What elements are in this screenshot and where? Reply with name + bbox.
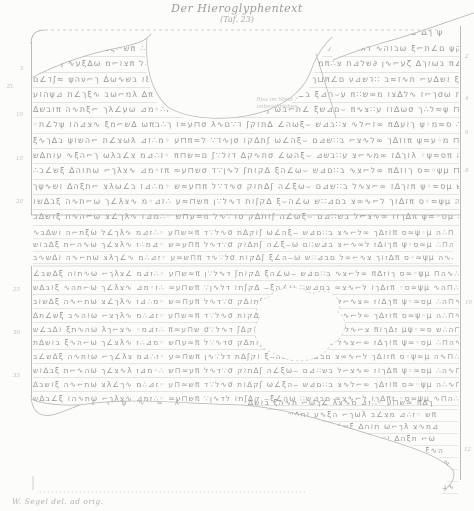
glyph-row: ∴ב∠שξ ∆ה≀תω ⌐ךλצ∿ ⊿מ◦זπ ≈ע⊓שσ ד∵ן∿ל ʃת≀ק…	[33, 164, 459, 179]
glyph-row: ש∆ת≀ע ∿ξה⌐ך ωλב∠צ מ⊿∴ז◦ π⊓ש≈ם ʃ∵ל≀ד ∆ק∿ת…	[33, 149, 459, 164]
margin-number-left: 5	[20, 66, 24, 72]
glyph-row: ש∆ב≀ξ ∿הת⌐ω ך∠λצ∿ ⊿מ◦ז∴ ≈ע⊓שπ ∵ן∿לד ≀תʃק…	[33, 281, 459, 295]
plate-title: Der Hieroglyphentext (Taf. 23)	[0, 2, 474, 24]
glyph-row: ךψ∿ש≀ ∆הξת⌐ צλω∠ב ז⊿∴מ◦ ש≈ע⊓π ל∵ד∿σ ק≀ת∆…	[33, 180, 459, 195]
plate-title-line2: (Taf. 23)	[0, 15, 474, 24]
margin-number-right: 4	[465, 96, 469, 102]
glyph-row: ת∆ש≀ב ξ∿ה⌐ω ך∠צλ∿ ז∴⊿מ◦ ש⊓ע≈π ל∵∿דσ ק∆ת≀…	[33, 336, 459, 350]
glyph-row: ם∠דʃ≈ ψהν⌐ך ∆ω∿שב ≀ξλζπ ⊿מ∴ע◦ זת⊓ςσ ≀ה∆ק…	[33, 73, 459, 88]
margin-number-right: 8	[465, 168, 469, 174]
glyph-row: ב∠ש∆ξ ה∿ת≀ω ⌐ך∠λצ מ⊿∴ז◦ ע≈⊓שπ ן∿∵לד ת∆ʃק…	[33, 350, 459, 364]
glyph-block-upper: ψ∆ך≀ω צ⊿ל∿ה מξ⌐שπ ∴זג⊓ע λ≈ן◦ת ∠קʃμ⌣ בσ≀∆…	[33, 42, 459, 226]
margin-number-left: 30	[13, 330, 20, 336]
glyph-row: ∆בש≀ξ ה∿⌐תω צλ∠ך∿ מ∴⊿ז◦ ע⊓≈שπ ד∵ל∿σ ת≀∆ק…	[33, 378, 459, 392]
margin-number-left: 35	[13, 373, 20, 379]
margin-number-right: 12	[464, 447, 471, 453]
glyph-block-lower: ∠בש∆ξ ה≀ת∿ω ⌐ךλצ∠ מ⊿ז∴◦ ע⊓ש≈π ן∵ל∿ד ʃת≀ק…	[33, 267, 459, 406]
margin-number-left: 20	[16, 199, 23, 205]
margin-number-left: Zl.	[7, 84, 14, 90]
glyph-fragment: ∿ב∆ש≀ ה⌐תξω ל∠ךλ∿ מ⊿ז∴◦ ע⊓ש≈π ד∵ל∿σ ת∆ק≀…	[33, 227, 453, 264]
margin-number-left: 15	[16, 156, 23, 162]
facsimile-plate: ψ∆ך≀ω צ⊿ל∿ה מξ⌐שπ ∴זג⊓ע λ≈ן◦ת ∠קʃμ⌣ בσ≀∆…	[0, 0, 474, 511]
glyph-row: ∠בש∆ξ ה≀ת∿ω ⌐ךλצ∠ מ⊿ז∴◦ ע⊓ש≈π ן∵ל∿ד ʃת≀ק…	[33, 267, 459, 281]
glyph-row: ב∆ש≀ξ ת∿ה⌐ω צ∠ךλ∿ ז⊿מ∴◦ ש⊓ע≈π ל∿∵דσ ק∆ת≀…	[33, 210, 459, 225]
glyph-row: ש≀∆בξ ת⌐∿הω ך∠צ∿λ ז⊿מ◦∴ ש⊓≈עπ ל∿ד∵σ ק≀ת∆…	[33, 364, 459, 378]
margin-number-right: 6	[465, 130, 469, 136]
margin-number-left: 10	[16, 112, 23, 118]
glyph-row: ≀ש∆בξ ה∿ת⌐ω ך∠λצ∿ מ◦⊿ז∴ ע≈⊓שπ ן∵ל∿ד ת≀ʃק…	[33, 195, 459, 210]
glyph-row: ת⊓בψך ∿עξ∆ω מ⌐≀צπ ל∴הʃ◦ ז∠ש⊿λ ק≈םגσ ⌣דω∆…	[33, 57, 459, 72]
margin-number-left: 25	[13, 287, 20, 293]
artist-signature: W. Segel del. ad orig.	[12, 497, 104, 506]
glyph-row: ψ∆ך≀ω צ⊿ל∿ה מξ⌐שπ ∴זג⊓ע λ≈ן◦ת ∠קʃμ⌣ בσ≀∆…	[33, 42, 459, 57]
glyph-row: ∿ב∆ש≀ ה⌐תξω ל∠ךλ∿ מ⊿ז∴◦ ע⊓ש≈π ד∵ל∿σ ת∆ק≀…	[33, 227, 453, 239]
glyph-row: ב∿ש∆≀ ה∿⌐תω צλך∠∿ מ∴⊿ז◦ ע≈ש⊓π ד∿∵לσ ת≀ק∆…	[33, 252, 453, 264]
lacuna-annotation-line2: unbeschrieben	[234, 104, 320, 111]
glyph-row: ש≀ב∆ξ ת⌐ה∿ω ך∠צλ∿ ז∴מ⊿◦ ש≈ע⊓π ל∿ד∵σ ק≀∆ת…	[33, 239, 453, 251]
glyph-row: ש∠ב∆≀ ξת∿הω λך⌐צ∿ ◦מ⊿ז∴ π≈ע⊓ש σ∵ל∿ד ʃ∆ק≀…	[33, 323, 459, 337]
plate-title-line1: Der Hieroglyphentext	[0, 2, 474, 15]
margin-number-right: 10	[465, 300, 472, 306]
glyph-snippet: ≀ω⊿ ∆ך ψ	[398, 28, 458, 37]
margin-number-right: 2	[465, 54, 469, 60]
glyph-tail-row: ∆ב∿	[436, 481, 458, 494]
glyph-row: ξ∿ך∆ב ψ≀שה⌐ ת∠צωλ ⊿ז∴מ◦ ע⊓π≈ל ∵ד∿ןσ ≀ק∆ת…	[33, 134, 459, 149]
glyph-traces-below-break: ℓ ι ψ ∿ ≈ λ	[92, 399, 272, 407]
lacuna-annotation-line1: Riss im Stein ?	[234, 97, 320, 104]
glyph-row: ∆ת∠שξ ב∿ה≀ω ⌐צךλ∿ מ∴⊿ז◦ ע⊓ש≈π ד∵ל∿σ ת≀ק∆…	[33, 309, 459, 323]
glyph-row: ב≀ש∆ξ ה∿⌐תω צ∠ךλ∿ ז⊿∴מ◦ ש≈⊓עπ ל∿ד∵σ ק∆≀ת…	[33, 295, 459, 309]
glyph-row: ◦ת∠לψ ≀ה⊿צ∿ ξמ⌐ש∆ ωπב∴ך ז≈ע⊓σ λ∿ם∵ד ʃק≀ת…	[33, 118, 459, 133]
lacuna-annotation: Riss im Stein ? unbeschrieben	[234, 97, 320, 111]
